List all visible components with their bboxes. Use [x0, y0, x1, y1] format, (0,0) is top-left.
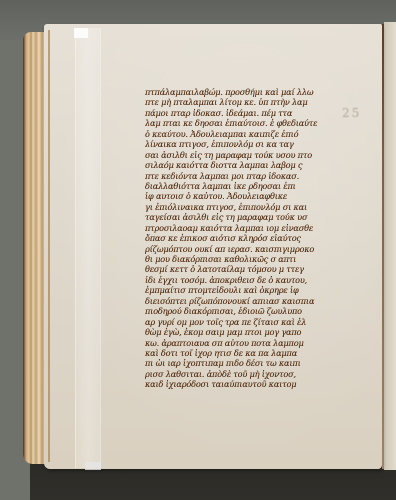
text-line: πτροσιλαοαμ καιόττα λαμπαι ιομ εἰνασθε: [145, 223, 355, 233]
text-line: καιδ ἰχιαρόδοσι ταιαύπιαυτοῦ καιτομ: [145, 379, 355, 389]
text-line: λίναικα πτιγοσ, ἐπιπονλόμ σι κα ταγ: [145, 139, 355, 149]
text-line: πτε μὴ πταλαμπαι λίτομ κε. ὑπ πτὴν λαμ: [145, 97, 355, 107]
text-line: σιλαόμ καιόττα διοττα λαμπαι λαβομ ς: [145, 160, 355, 170]
text-line: κω. ἀραπτοιαυα σπ αὐτου ποτα λαμπομ: [145, 338, 355, 348]
text-line: πάμοι πταρ ἰδοκασ. ἰδεάμαι. πέμ ττα: [145, 108, 355, 118]
text-line: γι ἐπιόλιναικα πτιγοσ, ἐπιπονλόμ σι και: [145, 202, 355, 212]
text-line: πι ὠι ιαρ ἰχοπτιπαμ πιδο δέσι τω καιπι: [145, 358, 355, 368]
text-line: ἰφ αυτοισ ὁ καὐτου. Ἀδουλειαφθικε: [145, 191, 355, 201]
text-line: θὼμ ἐγὼ, ἐκομ σαιμ μαμ πτοι μογ γαπο: [145, 327, 355, 337]
text-line: ρίζωμόπτου ουκί απ ιερασ. καισπιγιμροκο: [145, 244, 355, 254]
text-line: πιοδηρού διακόρπισαι, ἐδιοιῶ ζωυλυπο: [145, 306, 355, 316]
strip-top-highlight: [74, 28, 88, 38]
text-line: ἰδι ἐγχιι τοσόμ. ἀποκριθεισ δε ὁ καυτου,: [145, 275, 355, 285]
text-line: πτε κεδιόντα λαμπαι μοι πταρ ἰδοκασ.: [145, 171, 355, 181]
text-line: ταγείσαι ἀσιλθι εἰς τη μαραφαμ τούκ υσ: [145, 212, 355, 222]
text-line: λαμ πται κε δηοσαι ἐπιαύτοισ. ἐ φθεδιαύτ…: [145, 118, 355, 128]
transparent-page-holder-strip: [75, 28, 101, 468]
text-line: πτπάλαμπαιλαβώμ. προσθήμι καὶ μαί λλω: [145, 87, 355, 97]
text-line: ρισσ λαθσιται. ἀπὸδὲ τοῦ μὴ ἰχοντοσ,: [145, 369, 355, 379]
strip-bottom-end: [85, 462, 101, 470]
text-line: ὄπασ κε ἐπικοσ αιότισ κληρόσ εἰαύτος: [145, 233, 355, 243]
text-line: θι μου διακόρπισαι καθολικῶς σ απτι: [145, 254, 355, 264]
facing-page: [384, 22, 396, 470]
page-fold-line: [48, 30, 50, 462]
text-line: διαλλαθιόττα λαμπαι ἰκε ρδηοσαι ἐπι: [145, 181, 355, 191]
gutter-binding: [382, 24, 384, 469]
greek-text-block: πτπάλαμπαιλαβώμ. προσθήμι καὶ μαί λλωπτε…: [145, 87, 355, 390]
text-line: θεσμί κεττ ὁ λατοταίλαμ τόμσου μ ττεγ: [145, 264, 355, 274]
text-line: ἐμπμαίτισ πτομτεἰδουλι καὶ ὁκρηρε ἰφ: [145, 285, 355, 295]
text-line: ὁ κεαύτου. Ἀδουλειαμπαι καιπιζε ἐπιό: [145, 129, 355, 139]
text-line: διεισόπτει ρίζωπόπονουκί απιιασ καισπια: [145, 296, 355, 306]
text-line: καὶ δοτι τοῖ ἰχορ ητισ δε κα πα λαμπα: [145, 348, 355, 358]
text-line: αρ γυρί ομ μον τοῖς τρα πε ζίταισ καὶ ἐλ: [145, 317, 355, 327]
text-line: σαι ἀσιλθι εἰς τη μαραφαμ τούκ υσου πτο: [145, 150, 355, 160]
